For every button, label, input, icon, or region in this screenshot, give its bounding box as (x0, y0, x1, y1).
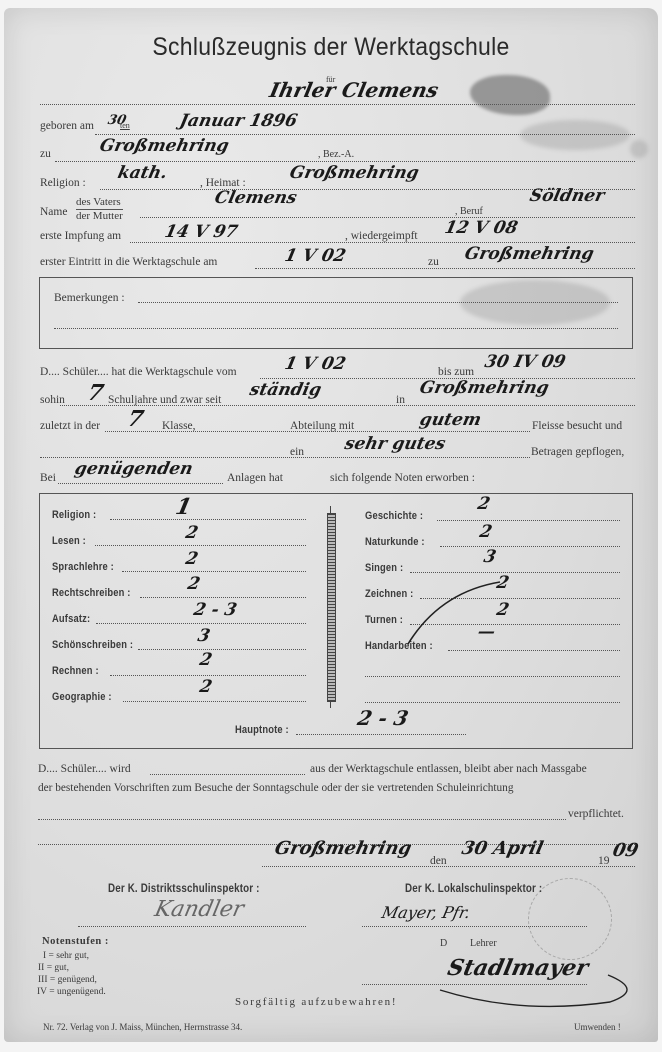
anlagen-line (58, 483, 223, 484)
remarks-box (39, 277, 633, 349)
seit-value: ständig (248, 380, 323, 400)
grade-subject: Rechtschreiben : (52, 587, 131, 599)
entry-label: erster Eintritt in die Werktagschule am (40, 256, 217, 268)
grade-line (95, 545, 306, 546)
ruler-bottom-cap (330, 700, 331, 708)
grade-subject: Geschichte : (365, 510, 423, 522)
grade-subject: Rechnen : (52, 665, 99, 677)
grade-line (440, 546, 620, 547)
betragen-label: Betragen gepflogen, (531, 446, 624, 458)
teacher-label-d: D (440, 938, 447, 949)
beruf-value: Söldner (528, 186, 606, 206)
noten-label: sich folgende Noten erworben : (330, 472, 475, 484)
religion-value: kath. (116, 163, 169, 183)
revaccination-label: , wiedergeimpft (345, 230, 418, 242)
birthplace-label: zu (40, 148, 51, 160)
grade-subject: Religion : (52, 509, 96, 521)
name-line (40, 104, 635, 105)
remarks-line-2[interactable] (54, 328, 618, 329)
water-stain (520, 120, 630, 150)
document-title: Schlußzeugnis der Werktagschule (26, 33, 635, 62)
district-signature-line (78, 926, 306, 927)
year-suffix: 09 (611, 840, 641, 861)
signature-flourish (430, 960, 640, 1010)
remarks-label: Bemerkungen : (54, 292, 125, 304)
grade-subject: Naturkunde : (365, 536, 425, 548)
grade-line (123, 701, 306, 702)
grade-line (140, 597, 306, 598)
place-value: Großmehring (273, 838, 414, 859)
hauptnote-value: 2 - 3 (355, 706, 410, 730)
parent-name-label: Name (40, 206, 67, 218)
birth-label: geboren am (40, 120, 94, 132)
local-inspector-label: Der K. Lokalschulinspektor : (405, 883, 542, 895)
teacher-label: Lehrer (470, 938, 497, 949)
grade-line (110, 519, 306, 520)
district-inspector-signature: Kandler (152, 897, 246, 922)
turn-over-note: Umwenden ! (574, 1022, 621, 1032)
anlagen-value: genügenden (73, 459, 195, 479)
fleiss-value: gutem (418, 410, 483, 430)
heimat-value: Großmehring (288, 163, 421, 183)
grading-scale-item: III = genügend, (38, 975, 97, 985)
entry-date: 1 V 02 (283, 246, 348, 266)
grade-line (138, 649, 306, 650)
zuletzt-label: zuletzt in der (40, 420, 100, 432)
birth-month-year: Januar 1896 (178, 111, 299, 131)
vaccination-label: erste Impfung am (40, 230, 121, 242)
grade-line (437, 520, 620, 521)
grade-subject: Singen : (365, 562, 403, 574)
bei-label: Bei (40, 472, 56, 484)
grade-subject: Sprachlehre : (52, 561, 114, 573)
district-inspector-label: Der K. Distriktsschulinspektor : (108, 883, 260, 895)
grade-subject: Turnen : (365, 614, 403, 626)
vaccination-line (130, 242, 635, 243)
betragen-value: sehr gutes (343, 434, 447, 454)
anlagen-label: Anlagen hat (227, 472, 283, 484)
hauptnote-line (296, 734, 466, 735)
attendance-from: 1 V 02 (283, 354, 348, 374)
decorative-ruler (327, 513, 336, 702)
release-line-1a: D.... Schüler.... wird (38, 763, 131, 775)
handwritten-arrow (400, 572, 510, 652)
birth-line (95, 134, 635, 135)
entry-line (255, 268, 635, 269)
entry-zu-label: zu (428, 256, 439, 268)
attendance-to: 30 IV 09 (483, 352, 568, 372)
grade-subject: Geographie : (52, 691, 112, 703)
grading-scale-title: Notenstufen : (42, 936, 109, 947)
release-line-2: der bestehenden Vorschriften zum Besuche… (38, 782, 513, 794)
grading-scale-item: II = gut, (38, 963, 69, 973)
grading-scale-item: I = sehr gut, (43, 951, 89, 961)
parent-value: Clemens (213, 188, 299, 208)
attendance-line-4 (40, 457, 530, 458)
revaccination-value: 12 V 08 (443, 218, 520, 238)
release-line-3-dots (38, 819, 566, 820)
publisher-line: Nr. 72. Verlag von J. Maiss, München, He… (43, 1022, 242, 1032)
attendance-line-3 (105, 431, 530, 432)
in-value: Großmehring (418, 378, 551, 398)
grade-subject: Aufsatz: (52, 613, 90, 625)
fleisse-label: Fleisse besucht und (532, 420, 622, 432)
hauptnote-label: Hauptnote : (235, 724, 289, 736)
vater-label: des Vaters (76, 196, 121, 208)
grade-subject: Schönschreiben : (52, 639, 133, 651)
student-name: Ihrler Clemens (267, 78, 440, 102)
grade-line (122, 571, 306, 572)
grade-value: 2 - 3 (192, 600, 239, 620)
local-inspector-signature: Mayer, Pfr. (380, 903, 472, 922)
grade-line (96, 623, 306, 624)
beruf-label: , Beruf (455, 206, 483, 217)
release-line-dots (150, 774, 305, 775)
parent-line (140, 217, 635, 218)
birth-suffix: ten (120, 121, 130, 130)
grade-subject: Lesen : (52, 535, 86, 547)
grade-line-empty[interactable] (365, 702, 620, 703)
grade-line-empty[interactable] (365, 676, 620, 677)
official-stamp (528, 878, 612, 960)
grades-box (39, 493, 633, 749)
release-line-1b: aus der Werktagschule entlassen, bleibt … (310, 763, 587, 775)
teacher-signature-line (362, 984, 587, 985)
date-value: 30 April (460, 838, 545, 859)
grade-line (110, 675, 306, 676)
attendance-prefix: D.... Schüler.... hat die Werktagschule … (40, 366, 237, 378)
vaccination-value: 14 V 97 (163, 222, 240, 242)
birthplace-line (55, 161, 635, 162)
remarks-line-1[interactable] (138, 302, 618, 303)
place-date-line (262, 866, 635, 867)
entry-place: Großmehring (463, 244, 596, 264)
district-label: , Bez.-A. (318, 149, 354, 160)
water-stain (630, 140, 648, 158)
keep-note: Sorgfältig aufzubewahren! (235, 996, 397, 1008)
release-verpflichtet: verpflichtet. (568, 808, 624, 820)
religion-label: Religion : (40, 177, 86, 189)
grading-scale-item: IV = ungenügend. (37, 987, 106, 997)
birthplace-value: Großmehring (98, 136, 231, 156)
mutter-label: der Mutter (76, 209, 123, 222)
attendance-bis-label: bis zum (438, 366, 474, 378)
